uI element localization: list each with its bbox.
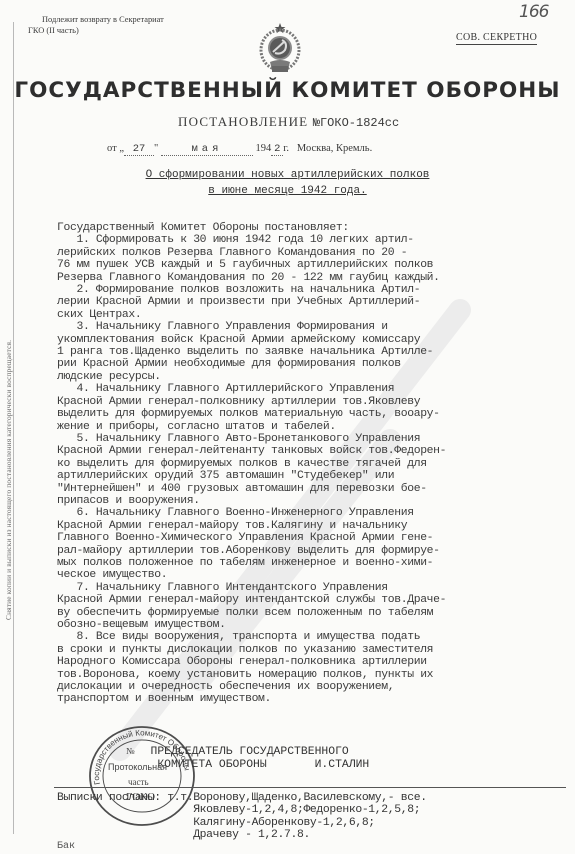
date-year-unit: г. xyxy=(283,143,289,154)
distribution-line: Выписки посланы: т.т.Воронову,Щаденко,Ва… xyxy=(57,792,427,804)
body-line: в сроки и пункты дислокации полков по ук… xyxy=(57,644,567,656)
body-line: выделить для формируемых полков материал… xyxy=(57,408,567,420)
body-line: 1 ранга тов.Щаденко выделить по заявке н… xyxy=(57,346,567,358)
distribution-line: Калягину-Аборенкову-1,2,6,8; xyxy=(57,817,427,829)
decree-label: ПОСТАНОВЛЕНИЕ xyxy=(178,114,308,129)
date-year-suffix: 2 xyxy=(271,143,283,156)
handwritten-page-number: 166 xyxy=(519,2,548,22)
body-line: укомплектования войск Красной Армии арме… xyxy=(57,334,567,346)
body-line: 7. Начальнику Главного Интендантского Уп… xyxy=(57,582,567,594)
body-line: рии Красной Армии необходимые для формир… xyxy=(57,358,567,370)
decree-date-line: от „27" мая 1942г. Москва, Кремль. xyxy=(107,143,372,156)
body-line: рал-майору артиллерии тов.Аборенкову выд… xyxy=(57,545,567,557)
signature-divider xyxy=(54,787,566,788)
return-note-line: Подлежит возврату в Секретариат xyxy=(28,14,164,25)
body-line: обозно-вещевым имуществом. xyxy=(57,619,567,631)
body-line: 8. Все виды вооружения, транспорта и иму… xyxy=(57,631,567,643)
subject-line: в июне месяце 1942 года. xyxy=(208,185,366,197)
body-line: припасов и вооружения. xyxy=(57,495,567,507)
body-line: ко выделить для формируемых полков в кач… xyxy=(57,458,567,470)
scanned-document-page: Снятие копии и выписки из настоящего пос… xyxy=(0,0,575,854)
body-line: лерийских полков Резерва Главного Команд… xyxy=(57,247,567,259)
body-line: Красной Армии генерал-майору тов.Калягин… xyxy=(57,520,567,532)
page-margin-line xyxy=(13,22,14,834)
margin-warning-note: Снятие копии и выписки из настоящего пос… xyxy=(4,340,13,620)
decree-number: №ГОКО-1824сс xyxy=(313,116,399,130)
body-line: мых полков положенное по табелям инженер… xyxy=(57,557,567,569)
body-line: Государственный Комитет Обороны постанов… xyxy=(57,222,567,234)
body-line: "Интернейшен" и 400 грузовых автомашин д… xyxy=(57,483,567,495)
body-line: лерии Красной Армии и произвести при Уче… xyxy=(57,296,567,308)
body-line: 76 мм пушек УСВ каждый и 5 гаубичных арт… xyxy=(57,259,567,271)
decree-subject: О сформировании новых артиллерийских пол… xyxy=(0,167,575,199)
body-line: Красной Армии генерал-лейтенанту танковы… xyxy=(57,445,567,457)
date-place: Москва, Кремль. xyxy=(297,143,372,154)
body-line: транспортом и военным имуществом. xyxy=(57,693,567,705)
body-line: тов.Воронова, коему установить номерацию… xyxy=(57,669,567,681)
ussr-coat-of-arms-icon xyxy=(258,22,302,78)
body-line: жение и приборы, согласно штатов и табел… xyxy=(57,421,567,433)
return-note: Подлежит возврату в Секретариат ГКО (II … xyxy=(28,14,164,36)
signatory-title-line: ПРЕДСЕДАТЕЛЬ ГОСУДАРСТВЕННОГО xyxy=(151,746,349,758)
signatory-title-line: КОМИТЕТА ОБОРОНЫ xyxy=(157,759,266,771)
decree-heading: ПОСТАНОВЛЕНИЕ №ГОКО-1824сс xyxy=(178,114,399,130)
body-line: 6. Начальнику Главного Военно-Инженерног… xyxy=(57,507,567,519)
body-line: 4. Начальнику Главного Артиллерийского У… xyxy=(57,383,567,395)
classification-label: СОВ. СЕКРЕТНО xyxy=(456,32,537,45)
body-line: людские ресурсы. xyxy=(57,371,567,383)
distribution-list: Выписки посланы: т.т.Воронову,Щаденко,Ва… xyxy=(57,792,427,842)
body-line: ских Центрах. xyxy=(57,309,567,321)
distribution-line: Яковлеву-1,2,4,8;Федоренко-1,2,5,8; xyxy=(57,804,427,816)
date-day: 27 xyxy=(124,143,154,156)
date-prefix: от xyxy=(107,143,117,154)
body-line: Народного Комиссара Обороны генерал-полк… xyxy=(57,656,567,668)
body-line: Главного Военно-Химического Управления К… xyxy=(57,532,567,544)
subject-line: О сформировании новых артиллерийских пол… xyxy=(146,169,430,181)
body-line: ву обеспечить формируемые полки всем пол… xyxy=(57,607,567,619)
return-note-line: ГКО (II часть) xyxy=(28,25,164,36)
signature-block: ПРЕДСЕДАТЕЛЬ ГОСУДАРСТВЕННОГО КОМИТЕТА О… xyxy=(130,746,369,772)
body-line: 2. Формирование полков возложить на нача… xyxy=(57,284,567,296)
body-line: дислокации и очередность обеспечения их … xyxy=(57,681,567,693)
body-line: Красной Армии генерал-полковнику артилле… xyxy=(57,396,567,408)
date-year-prefix: 194 xyxy=(256,143,272,154)
body-line: ческое имущество. xyxy=(57,569,567,581)
distribution-line: Драчеву - 1,2.7.8. xyxy=(57,829,427,841)
signatory-name: И.СТАЛИН xyxy=(315,759,370,771)
typist-mark: Бак xyxy=(57,841,75,852)
body-line: Резерва Главного Командования по 20 - 12… xyxy=(57,272,567,284)
issuer-heading: ГОСУДАРСТВЕННЫЙ КОМИТЕТ ОБОРОНЫ xyxy=(0,78,575,103)
body-line: артиллерийских орудий 375 автомашин "Сту… xyxy=(57,470,567,482)
body-line: 5. Начальнику Главного Авто-Бронетанково… xyxy=(57,433,567,445)
decree-body: Государственный Комитет Обороны постанов… xyxy=(57,222,567,706)
date-month: мая xyxy=(161,143,253,156)
stamp-line: часть xyxy=(128,777,149,787)
body-line: 3. Начальнику Главного Управления Формир… xyxy=(57,321,567,333)
body-line: 1. Сформировать к 30 июня 1942 года 10 л… xyxy=(57,234,567,246)
body-line: Красной Армии генерал-майору интендантск… xyxy=(57,594,567,606)
